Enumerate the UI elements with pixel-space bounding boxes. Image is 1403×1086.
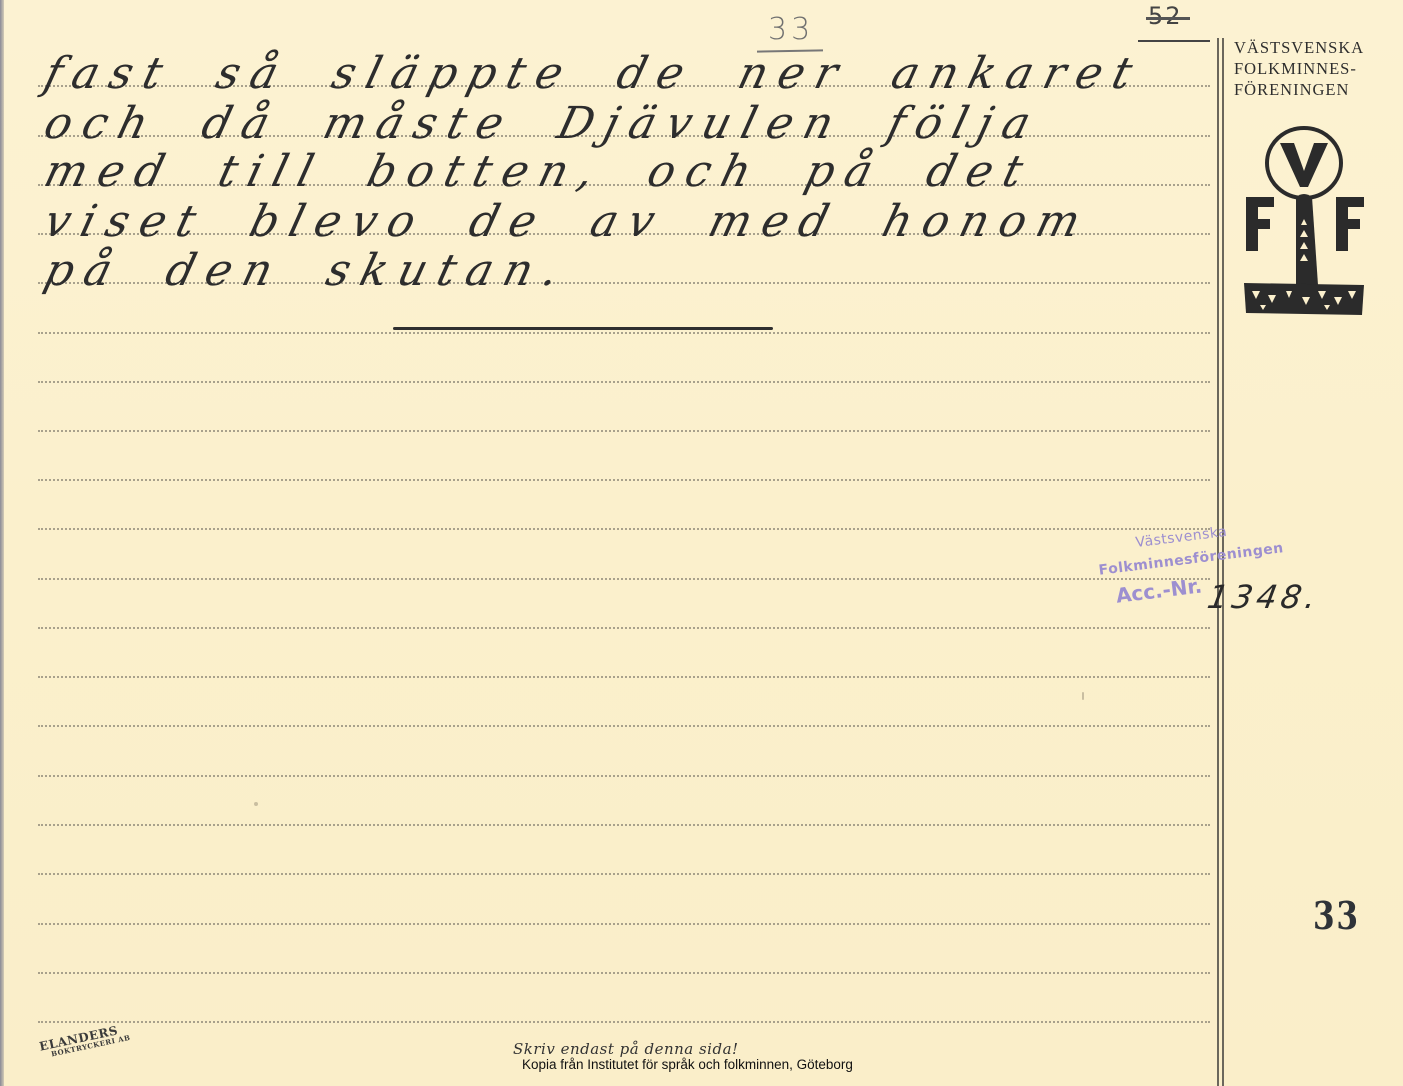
old-page-number: 52 <box>1148 2 1183 30</box>
thors-hammer-logo-icon <box>1238 115 1370 325</box>
archive-page-number: 33 <box>768 12 814 47</box>
ruled-line <box>38 972 1210 974</box>
ruled-line <box>38 824 1210 826</box>
paper-speck <box>254 802 258 806</box>
organization-name: VÄSTSVENSKA FOLKMINNES- FÖRENINGEN <box>1234 37 1394 100</box>
org-name-line: FÖRENINGEN <box>1234 79 1394 100</box>
ruled-line <box>38 1021 1210 1023</box>
ruled-line <box>38 479 1210 481</box>
ruled-line <box>38 528 1210 530</box>
record-card: 33 52 fast så släppte de ner ankaret och… <box>0 0 1403 1086</box>
handwritten-line: viset blevo de av med honom <box>40 200 1095 244</box>
ruled-line <box>38 578 1210 580</box>
page-number: 33 <box>1313 893 1360 938</box>
end-of-text-stroke <box>393 327 773 330</box>
printer-mark: ELANDERS BOKTRYCKERI AB <box>38 1021 131 1060</box>
handwritten-line: och då måste Djävulen följa <box>40 102 1046 146</box>
org-name-line: VÄSTSVENSKA <box>1234 37 1394 58</box>
paper-speck <box>1082 692 1084 700</box>
old-number-strikethrough <box>1146 17 1190 20</box>
ruled-line <box>38 381 1210 383</box>
org-name-line: FOLKMINNES- <box>1234 58 1394 79</box>
stamp-line-2: Folkminnesföreningen <box>1098 540 1285 579</box>
stamp-line-3: Acc.-Nr. <box>1115 573 1204 607</box>
accession-number: 1348. <box>1205 578 1323 616</box>
ruled-line <box>38 676 1210 678</box>
handwritten-line: på den skutan. <box>40 249 574 293</box>
copy-notice: Kopia från Institutet för språk och folk… <box>522 1057 853 1072</box>
ruled-line <box>38 430 1210 432</box>
scan-edge <box>0 0 4 1086</box>
ruled-line <box>38 725 1210 727</box>
ruled-line <box>38 923 1210 925</box>
old-number-underline <box>1138 40 1210 42</box>
ruled-line <box>38 627 1210 629</box>
handwritten-line: fast så släppte de ner ankaret <box>40 52 1147 96</box>
instruction-text: Skriv endast på denna sida! <box>513 1040 739 1058</box>
ruled-line <box>38 775 1210 777</box>
handwritten-line: med till botten, och på det <box>40 150 1038 194</box>
ruled-line <box>38 332 1210 334</box>
ruled-line <box>38 873 1210 875</box>
